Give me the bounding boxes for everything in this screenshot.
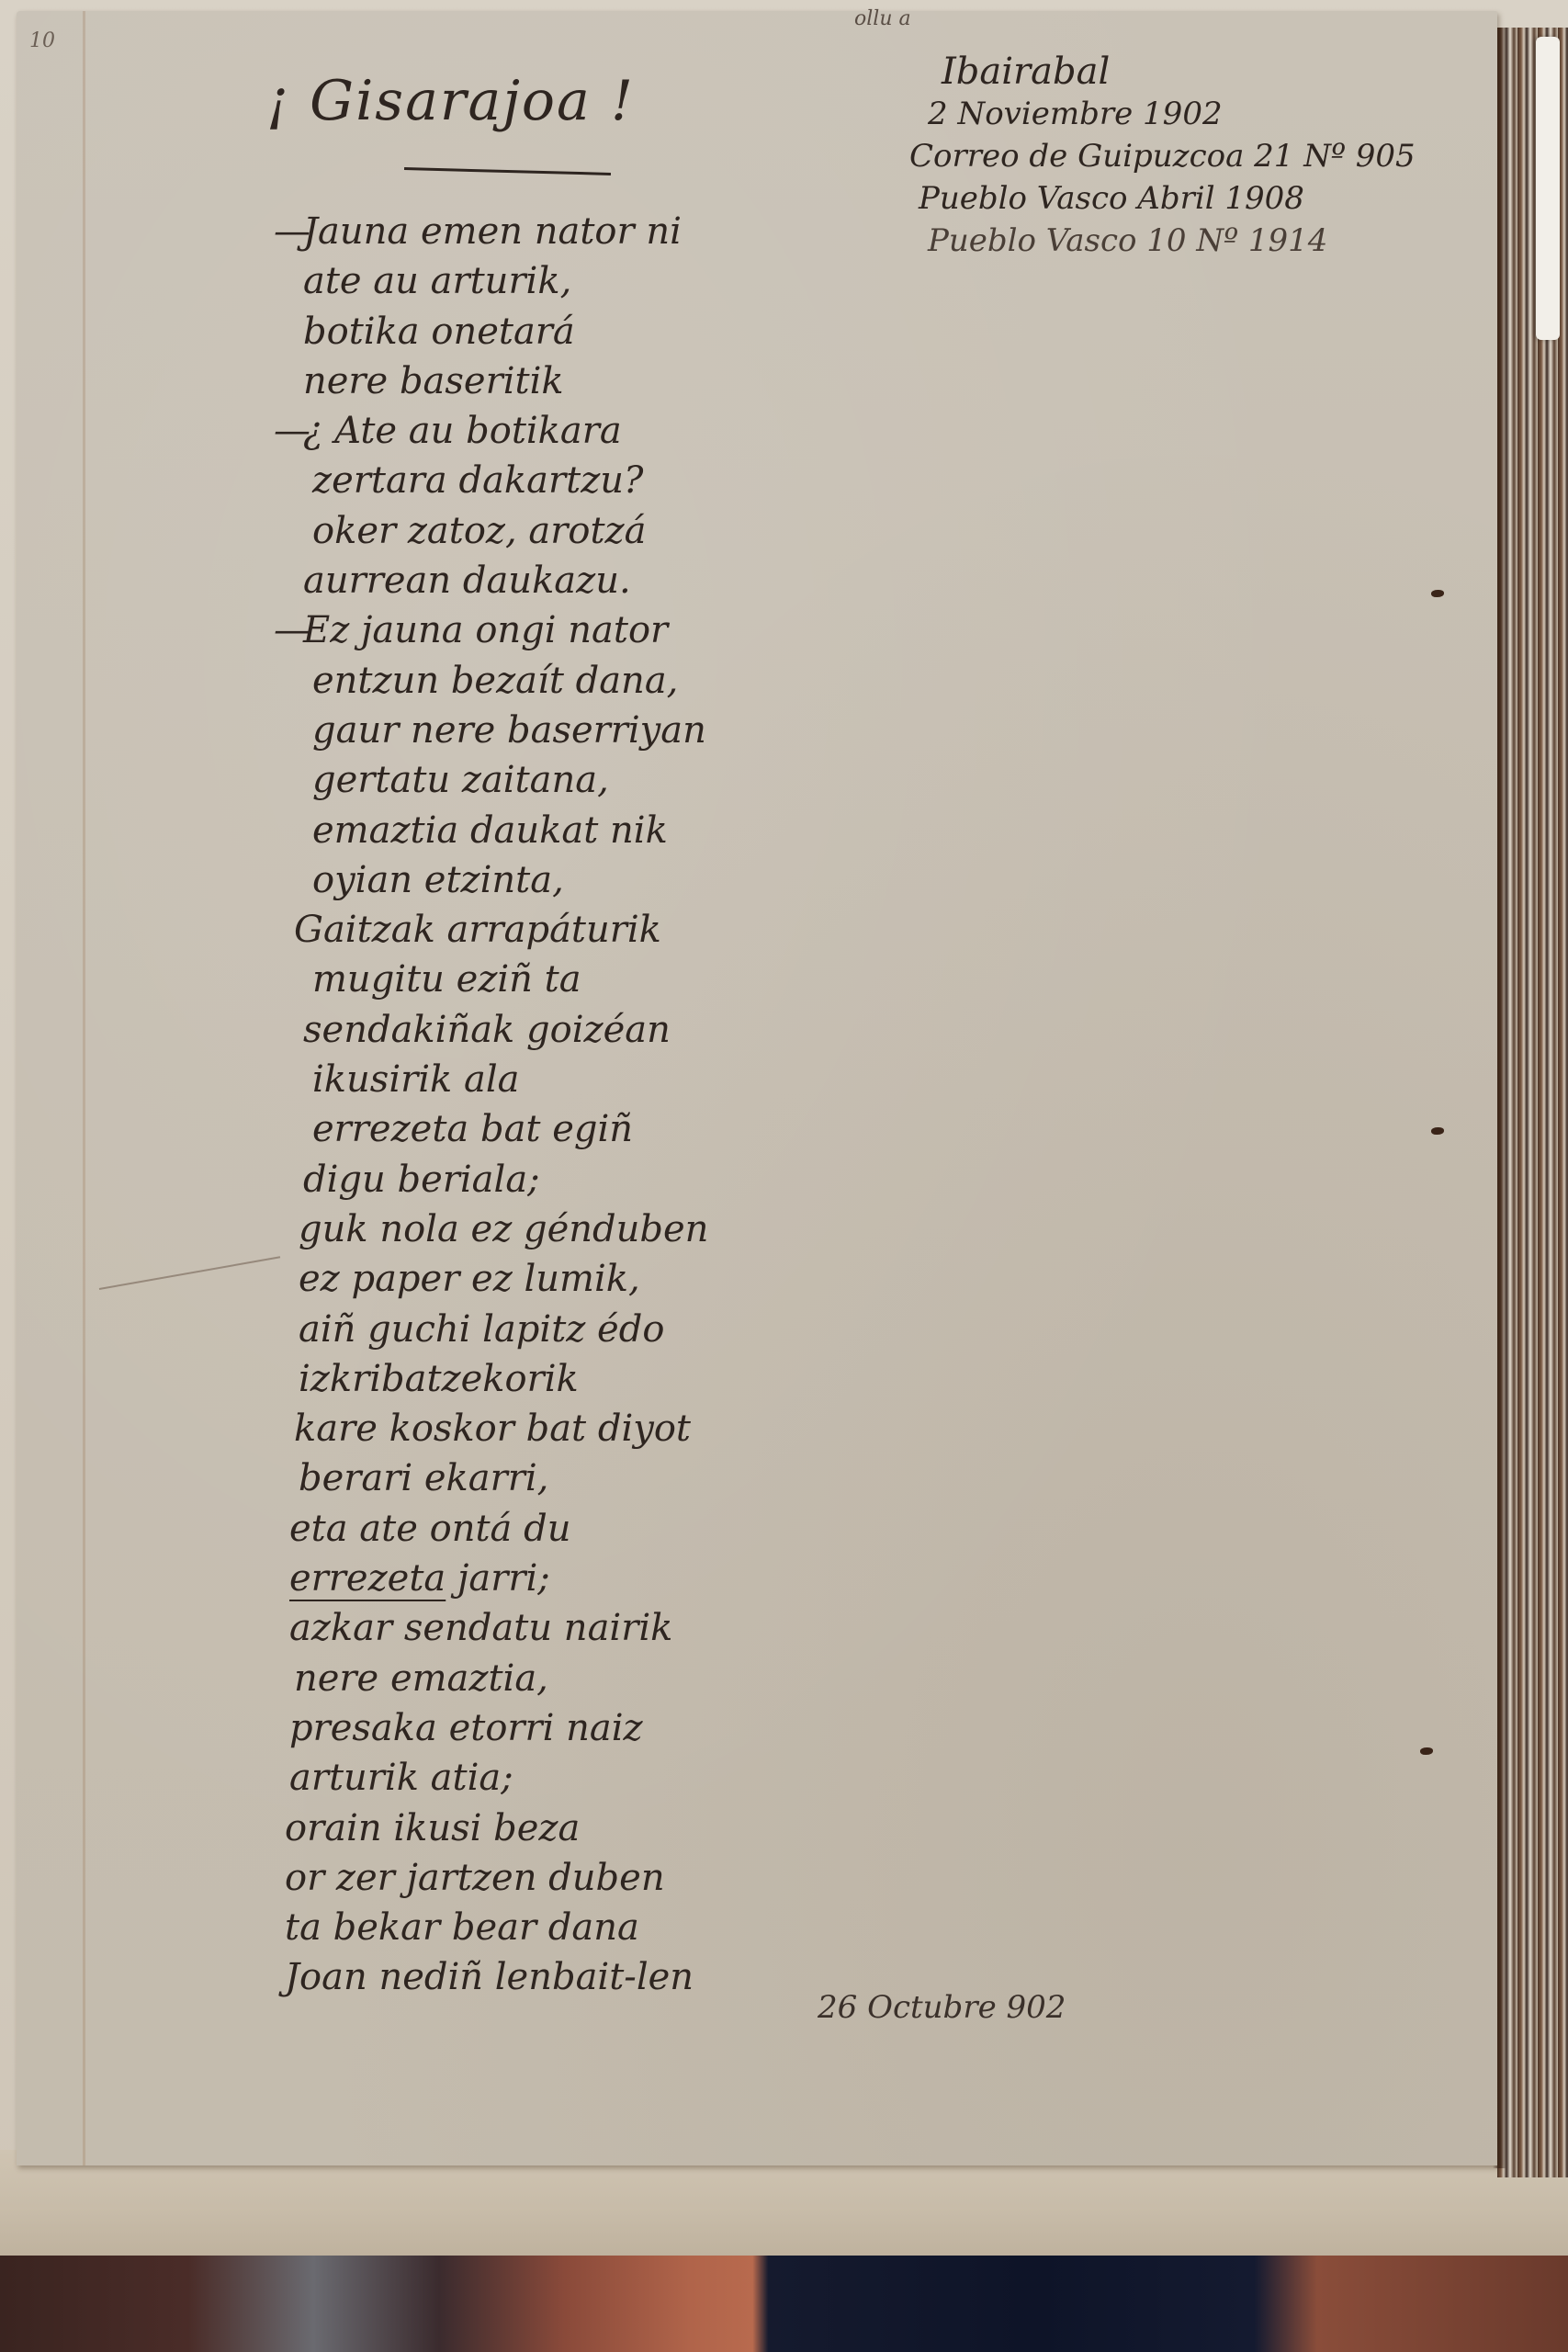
poem-line-text: sendakiñak goizéan <box>303 1009 671 1051</box>
poem-line: ate au arturik, <box>303 256 708 306</box>
poem-line-text: Jauna emen nator ni <box>303 210 682 253</box>
paper-hole <box>1431 590 1444 597</box>
poem-line-text: izkribatzekorik <box>299 1358 579 1400</box>
poem-body: —Jauna emen nator niate au arturik,botik… <box>303 207 708 2003</box>
poem-line-text: botika onetará <box>303 311 575 353</box>
poem-line: sendakiñak goizéan <box>303 1005 708 1055</box>
poem-line-text: Joan nediñ lenbait-len <box>285 1956 694 1998</box>
dialogue-dash: — <box>274 207 310 256</box>
note-publication: Pueblo Vasco 10 Nº 1914 <box>928 220 1416 262</box>
poem-line: Joan nediñ lenbait-len <box>285 1952 708 2002</box>
poem-line: botika onetará <box>303 307 708 356</box>
poem-line-text: entzun bezaít dana, <box>312 660 678 702</box>
poem-line-text: nere emaztia, <box>294 1657 548 1700</box>
poem-line-text: azkar sendatu nairik <box>289 1607 672 1649</box>
poem-line: gertatu zaitana, <box>312 755 708 805</box>
poem-line-text: oker zatoz, arotzá <box>312 510 646 552</box>
table-background <box>0 2251 1568 2352</box>
publication-notes: Ibairabal 2 Noviembre 1902 Correo de Gui… <box>909 51 1416 262</box>
poem-line-text: zertara dakartzu? <box>312 459 644 502</box>
poem-line-text: berari ekarri, <box>299 1457 548 1499</box>
poem-line-text: jarri; <box>446 1557 549 1600</box>
poem-line-text: ez paper ez lumik, <box>299 1258 640 1300</box>
poem-line: ikusirik ala <box>312 1055 708 1104</box>
poem-line: digu beriala; <box>303 1155 708 1204</box>
poem-line-text: aiñ guchi lapitz édo <box>299 1308 664 1351</box>
poem-line-text: ¿ Ate au botikara <box>303 410 622 452</box>
poem-line: arturik atia; <box>289 1753 708 1803</box>
poem-line: eta ate ontá du <box>289 1504 708 1554</box>
poem-line: azkar sendatu nairik <box>289 1603 708 1653</box>
poem-line: errezeta bat egiñ <box>312 1104 708 1154</box>
poem-line: entzun bezaít dana, <box>312 656 708 706</box>
poem-line-text: aurrean daukazu. <box>303 560 631 602</box>
poem-line-text: nere baseritik <box>303 360 564 402</box>
poem-line-text: gertatu zaitana, <box>312 759 609 801</box>
note-publication: Correo de Guipuzcoa 21 Nº 905 <box>909 135 1416 177</box>
poem-line: Gaitzak arrapáturik <box>294 905 708 955</box>
poem-line: nere baseritik <box>303 356 708 406</box>
poem-line: oyian etzinta, <box>312 855 708 905</box>
poem-line: errezeta jarri; <box>289 1554 708 1603</box>
poem-line-text: Ez jauna ongi nator <box>303 609 668 651</box>
note-author: Ibairabal <box>942 51 1416 93</box>
poem-line: mugitu eziñ ta <box>312 955 708 1004</box>
poem-line: kare koskor bat diyot <box>294 1404 708 1453</box>
manuscript-page <box>17 11 1497 2165</box>
poem-line: guk nola ez génduben <box>299 1204 708 1254</box>
poem-line-text: guk nola ez génduben <box>299 1208 708 1250</box>
poem-line: oker zatoz, arotzá <box>312 506 708 556</box>
poem-line-text: oyian etzinta, <box>312 859 564 901</box>
faint-top-text: ollu a <box>854 7 911 30</box>
closing-date: 26 Octubre 902 <box>818 1989 1066 2026</box>
note-publication: Pueblo Vasco Abril 1908 <box>919 177 1416 220</box>
poem-line: berari ekarri, <box>299 1453 708 1503</box>
poem-line: —Ez jauna ongi nator <box>303 605 708 655</box>
poem-line-text: presaka etorri naiz <box>289 1707 643 1749</box>
poem-line-text: eta ate ontá du <box>289 1508 570 1550</box>
paper-crease <box>99 1256 280 1290</box>
poem-line: aiñ guchi lapitz édo <box>299 1305 708 1354</box>
poem-line-text: orain ikusi beza <box>285 1807 580 1849</box>
poem-line: orain ikusi beza <box>285 1804 708 1853</box>
poem-line-text: or zer jartzen duben <box>285 1857 665 1899</box>
paper-hole <box>1420 1747 1433 1755</box>
paper-hole <box>1431 1127 1444 1135</box>
page-number: 10 <box>29 29 55 52</box>
folder-bottom-edge <box>0 2150 1568 2256</box>
poem-line-text: ate au arturik, <box>303 260 571 302</box>
poem-line: aurrean daukazu. <box>303 556 708 605</box>
poem-line: gaur nere baserriyan <box>312 706 708 755</box>
poem-line-text: emaztia daukat nik <box>312 809 668 852</box>
poem-line-text: digu beriala; <box>303 1159 540 1201</box>
poem-line-text: arturik atia; <box>289 1757 513 1799</box>
poem-line: —¿ Ate au botikara <box>303 406 708 456</box>
poem-line: or zer jartzen duben <box>285 1853 708 1903</box>
poem-line-text: ta bekar bear dana <box>285 1906 639 1949</box>
poem-title: ¡ Gisarajoa ! <box>266 69 635 133</box>
poem-line-text: Gaitzak arrapáturik <box>294 909 661 951</box>
underlined-word: errezeta <box>289 1557 446 1600</box>
poem-line: zertara dakartzu? <box>312 456 708 505</box>
poem-line: —Jauna emen nator ni <box>303 207 708 256</box>
white-sheet-edge <box>1536 37 1560 340</box>
poem-line: nere emaztia, <box>294 1654 708 1703</box>
poem-line: ta bekar bear dana <box>285 1903 708 1952</box>
poem-line-text: gaur nere baserriyan <box>312 709 706 752</box>
note-date: 2 Noviembre 1902 <box>928 93 1416 135</box>
stacked-page-edges <box>1497 28 1568 2177</box>
poem-line: izkribatzekorik <box>299 1354 708 1404</box>
poem-line: presaka etorri naiz <box>289 1703 708 1753</box>
poem-line: emaztia daukat nik <box>312 806 708 855</box>
poem-line-text: kare koskor bat diyot <box>294 1408 691 1450</box>
poem-line-text: mugitu eziñ ta <box>312 958 581 1001</box>
dialogue-dash: — <box>274 406 310 456</box>
poem-line-text: ikusirik ala <box>312 1058 519 1101</box>
dialogue-dash: — <box>274 605 310 655</box>
poem-line: ez paper ez lumik, <box>299 1254 708 1304</box>
poem-line-text: errezeta bat egiñ <box>312 1108 633 1150</box>
